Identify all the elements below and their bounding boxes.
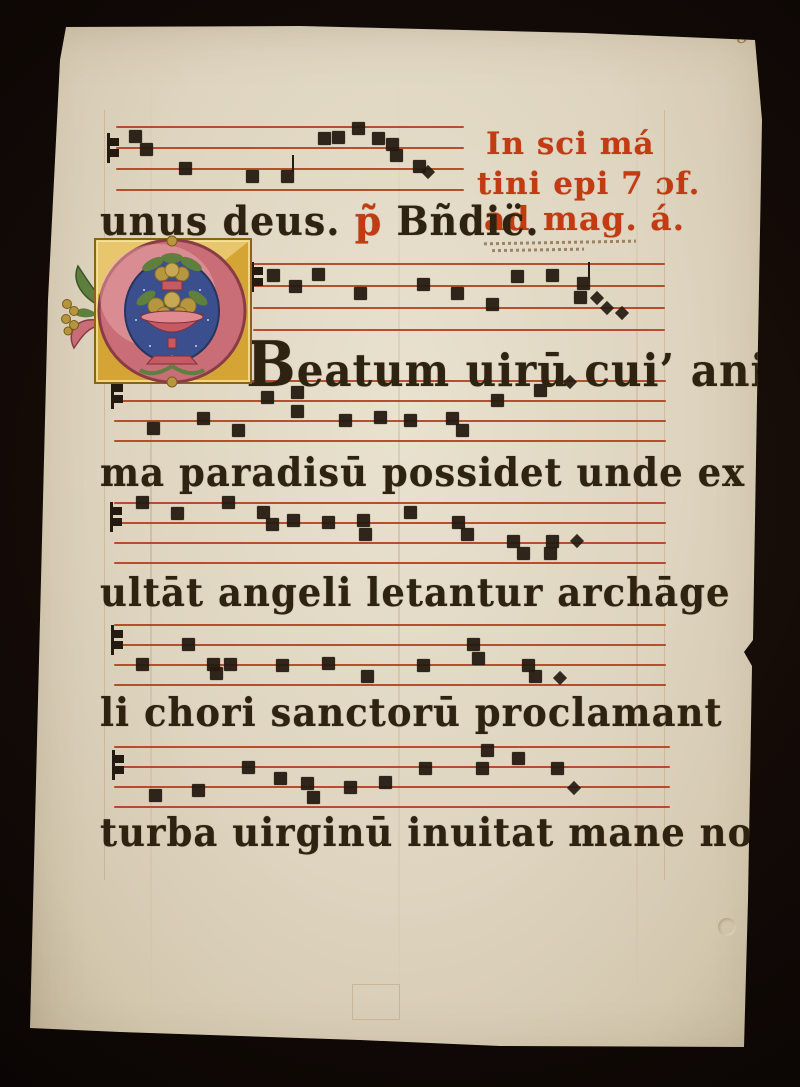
neume-note xyxy=(379,776,392,789)
annotation-scribble xyxy=(492,248,584,253)
neume-note xyxy=(574,291,587,304)
manuscript-page: 6 In sci má tini epi 7 ɔf. ad mag. á. un… xyxy=(0,0,800,1087)
neume-note xyxy=(544,547,557,560)
neume-note xyxy=(354,287,367,300)
neume-note xyxy=(481,744,494,757)
neume-note xyxy=(322,516,335,529)
staff-line xyxy=(114,562,666,564)
faint-rectangle-mark xyxy=(352,984,400,1020)
staff-line xyxy=(114,684,666,686)
clef-mark xyxy=(114,641,123,649)
chant-text-line: turba uirginū inuitat mane no xyxy=(100,809,753,856)
neume-diamond xyxy=(600,301,614,315)
neume-note xyxy=(419,762,432,775)
neume-note xyxy=(197,412,210,425)
staff-line xyxy=(116,126,464,128)
neume-note xyxy=(140,143,153,156)
neume-note xyxy=(467,638,480,651)
neume-note xyxy=(276,659,289,672)
neume-note xyxy=(546,269,559,282)
staff-line xyxy=(116,147,464,149)
staff-line xyxy=(114,624,666,626)
neume-note xyxy=(274,772,287,785)
illuminated-initial xyxy=(58,234,258,390)
staff-line xyxy=(116,189,464,191)
neume-note xyxy=(404,414,417,427)
neume-note xyxy=(171,507,184,520)
neume-diamond xyxy=(567,781,581,795)
clef-mark xyxy=(115,766,124,774)
clef-mark xyxy=(113,507,122,515)
staff-line xyxy=(114,522,666,524)
neume-note xyxy=(129,130,142,143)
initial-foliate-sprays xyxy=(62,266,99,348)
neume-note xyxy=(266,518,279,531)
neume-note xyxy=(352,122,365,135)
staff-line xyxy=(253,263,665,265)
neume-note xyxy=(451,287,464,300)
neume-note xyxy=(332,131,345,144)
neume-note xyxy=(551,762,564,775)
staff-line xyxy=(114,502,666,504)
neume-note xyxy=(404,506,417,519)
neume-note xyxy=(136,496,149,509)
neume-note xyxy=(301,777,314,790)
neume-note xyxy=(512,752,525,765)
neume-note xyxy=(456,424,469,437)
neume-note xyxy=(232,424,245,437)
chant-text-line: ultāt angeli letantur archāge xyxy=(100,569,731,616)
neume-note xyxy=(359,528,372,541)
neume-note xyxy=(339,414,352,427)
neume-note xyxy=(136,658,149,671)
round-blemish xyxy=(718,918,736,936)
neume-diamond xyxy=(553,671,567,685)
neume-note xyxy=(179,162,192,175)
neume-note xyxy=(361,670,374,683)
neume-stem xyxy=(588,262,590,279)
neume-note xyxy=(374,411,387,424)
neume-note xyxy=(287,514,300,527)
neume-note xyxy=(246,170,259,183)
staff-line xyxy=(114,766,670,768)
staff-line xyxy=(114,746,670,748)
staff-line xyxy=(114,542,666,544)
neume-note xyxy=(289,280,302,293)
neume-note xyxy=(322,657,335,670)
neume-note xyxy=(417,659,430,672)
staff-line xyxy=(114,440,666,442)
neume-note xyxy=(192,784,205,797)
photograph-background: 6 In sci má tini epi 7 ɔf. ad mag. á. un… xyxy=(0,0,800,1087)
neume-note xyxy=(312,268,325,281)
neume-note xyxy=(511,270,524,283)
neume-note xyxy=(210,667,223,680)
staff-line xyxy=(114,664,666,666)
neume-note xyxy=(417,278,430,291)
neume-note xyxy=(372,132,385,145)
neume-diamond xyxy=(570,534,584,548)
chant-text-segment-red: p̃ xyxy=(355,197,397,245)
neume-note xyxy=(344,781,357,794)
chant-text-segment: Bñdic̈. xyxy=(397,197,540,245)
neume-note xyxy=(147,422,160,435)
neume-note xyxy=(267,269,280,282)
neume-note xyxy=(222,496,235,509)
clef-mark xyxy=(110,138,119,146)
neume-note xyxy=(476,762,489,775)
chant-text-line: Beatum uirū cui’ ani xyxy=(246,328,767,401)
folio-number: 6 xyxy=(736,24,750,48)
neume-note xyxy=(472,652,485,665)
clef-mark xyxy=(114,395,123,403)
neume-note xyxy=(517,547,530,560)
neume-diamond xyxy=(590,291,604,305)
chant-text-line: ma paradisū possidet unde ex xyxy=(100,449,745,496)
staff-line xyxy=(114,644,666,646)
neume-note xyxy=(318,132,331,145)
neume-note xyxy=(357,514,370,527)
neume-note xyxy=(224,658,237,671)
neume-note xyxy=(390,149,403,162)
rubric-line: In sci má xyxy=(486,126,655,162)
neume-note xyxy=(149,789,162,802)
neume-note xyxy=(242,761,255,774)
neume-stem xyxy=(292,155,294,172)
clef-mark xyxy=(110,149,119,157)
chant-text-line: li chori sanctorū proclamant xyxy=(100,689,723,736)
neume-note xyxy=(182,638,195,651)
neume-note xyxy=(461,528,474,541)
neume-note xyxy=(307,791,320,804)
clef-mark xyxy=(113,518,122,526)
clef-mark xyxy=(115,755,124,763)
neume-note xyxy=(486,298,499,311)
neume-note xyxy=(529,670,542,683)
clef-mark xyxy=(114,630,123,638)
neume-note xyxy=(291,405,304,418)
